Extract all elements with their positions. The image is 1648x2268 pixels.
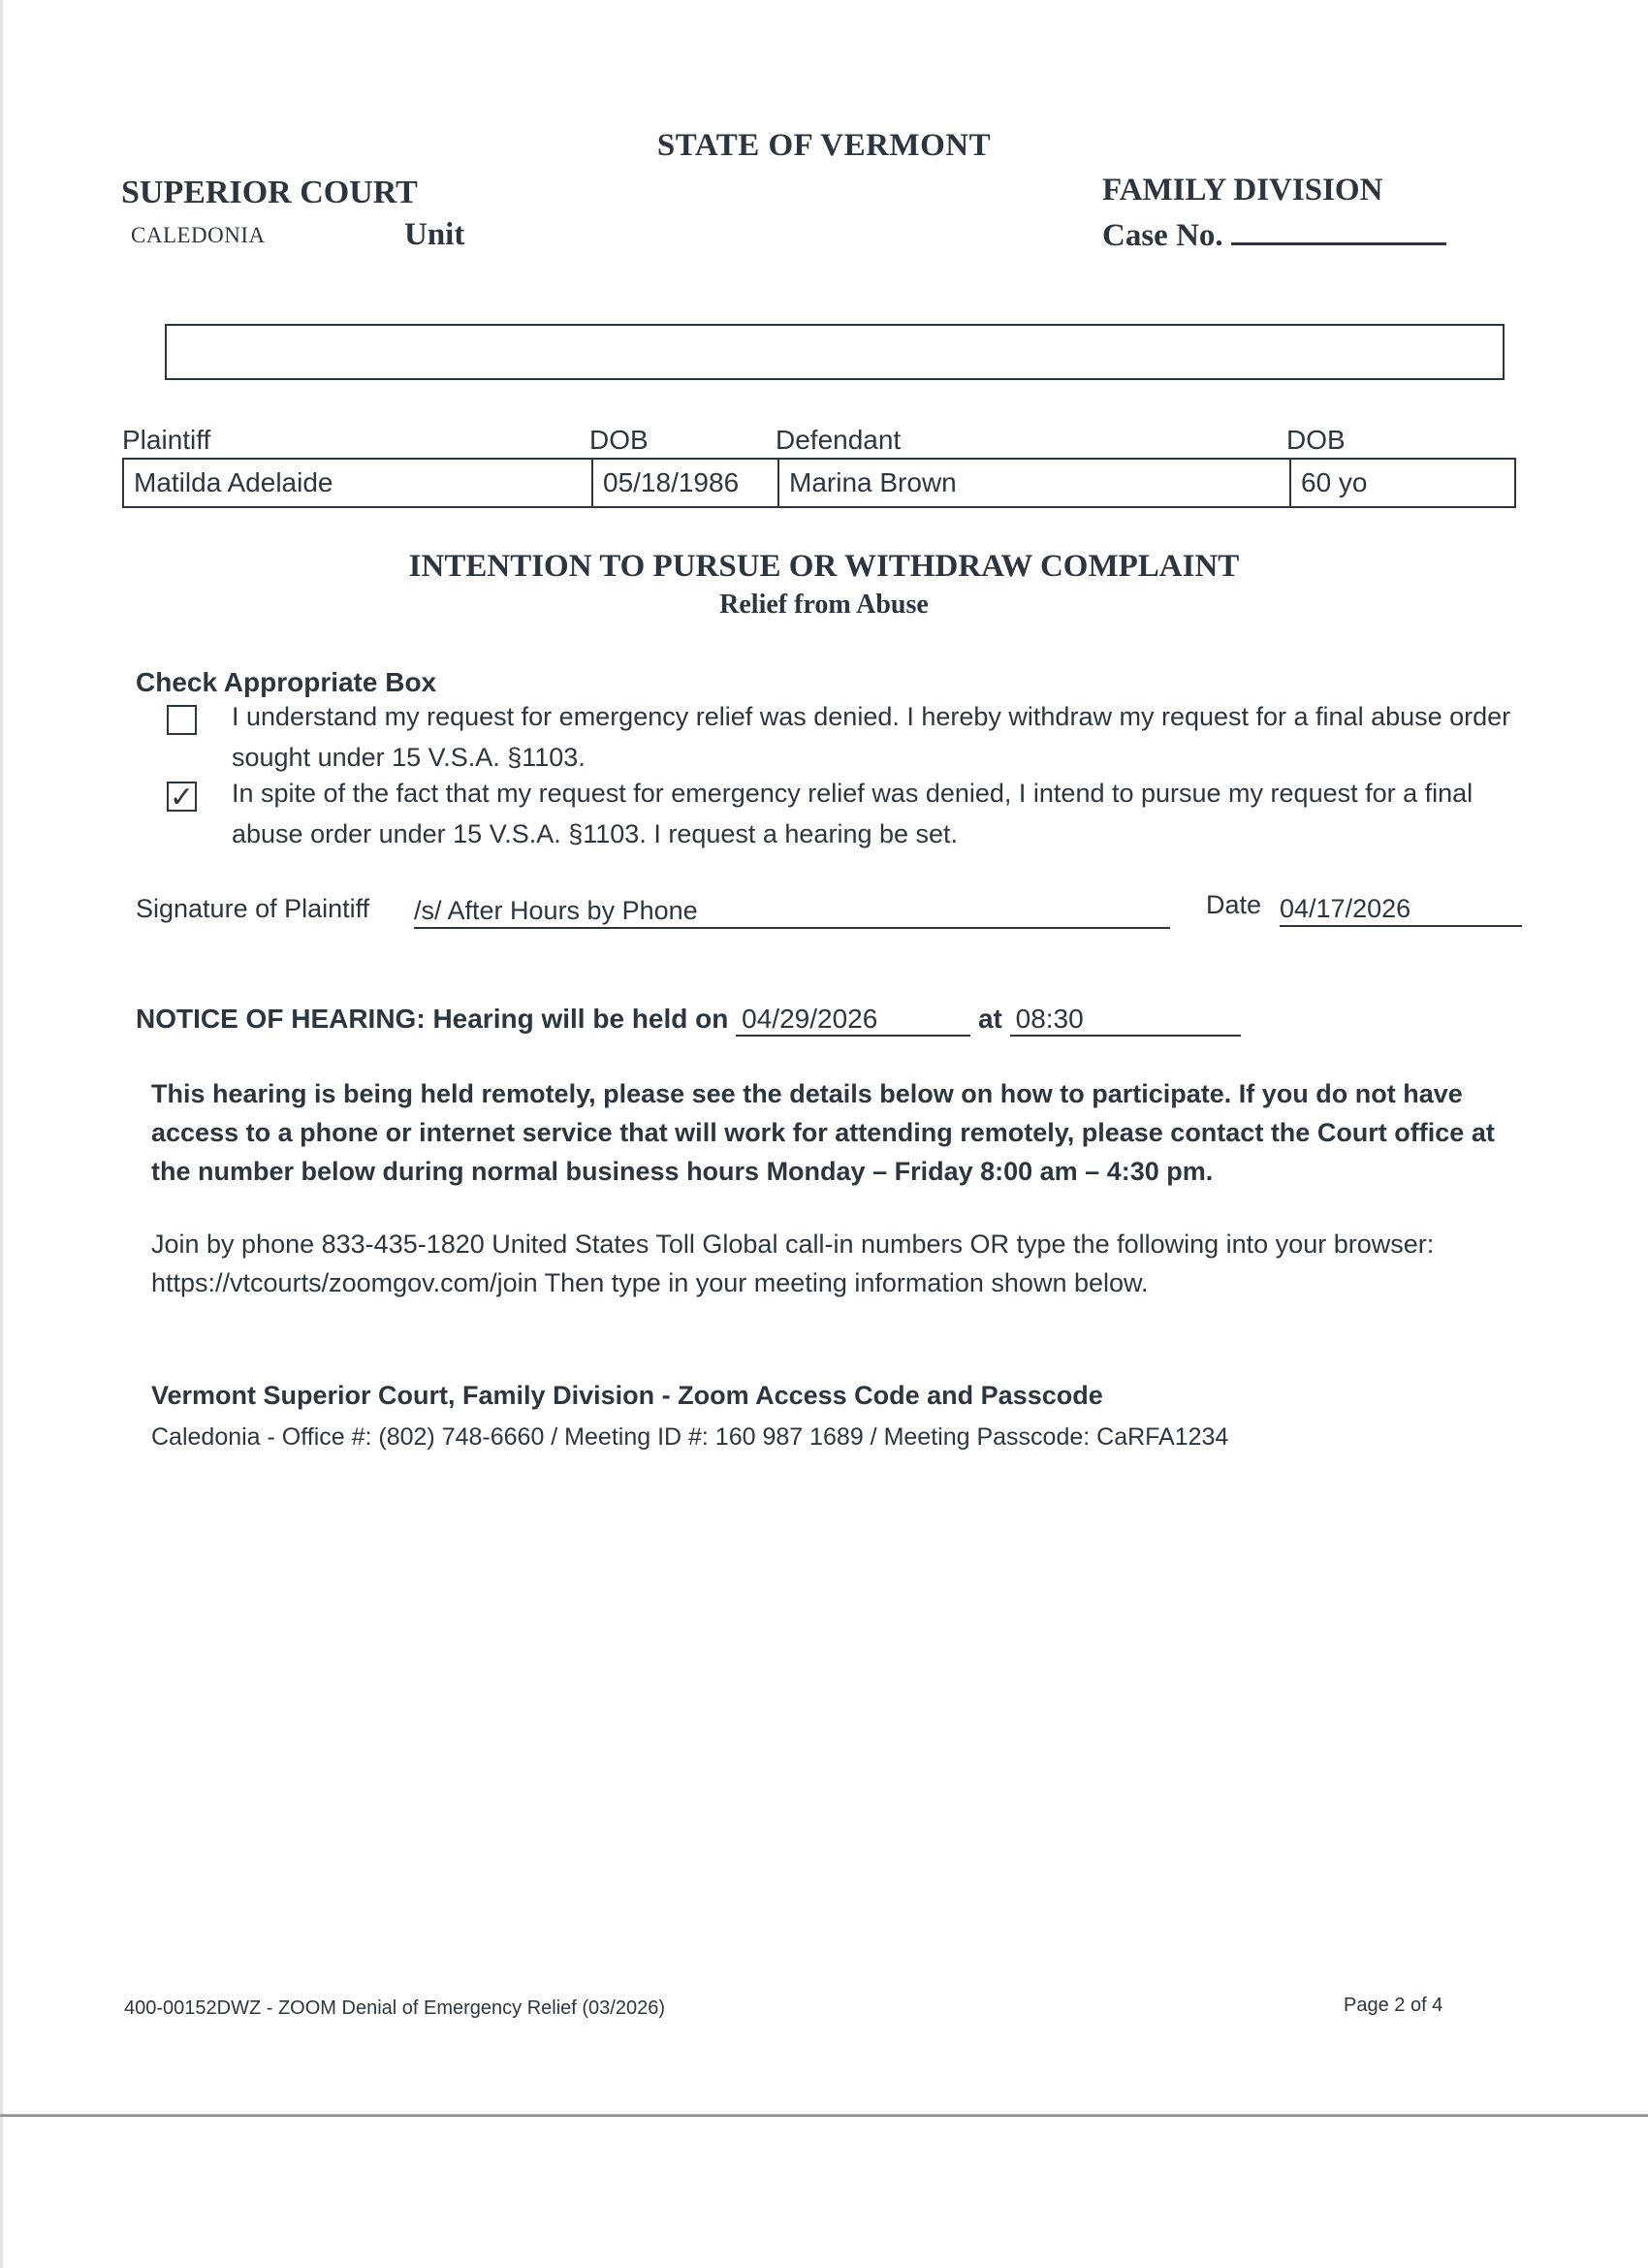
notice-label: NOTICE OF HEARING: Hearing will be held …: [136, 1004, 728, 1034]
signature-field[interactable]: /s/ After Hours by Phone: [414, 896, 1170, 929]
form-title: INTENTION TO PURSUE OR WITHDRAW COMPLAIN…: [0, 549, 1648, 585]
signature-date-field[interactable]: 04/17/2026: [1280, 894, 1522, 927]
scan-page-edge: [0, 2114, 1648, 2117]
parties-table: Matilda Adelaide 05/18/1986 Marina Brown…: [122, 458, 1516, 508]
plaintiff-dob-field[interactable]: 05/18/1986: [593, 460, 779, 506]
defendant-dob-label: DOB: [1286, 425, 1346, 456]
defendant-name-field[interactable]: Marina Brown: [779, 460, 1291, 506]
plaintiff-label: Plaintiff: [122, 425, 210, 456]
pursue-checkbox[interactable]: ✓: [167, 782, 197, 812]
check-box-heading: Check Appropriate Box: [136, 667, 436, 698]
form-identifier: 400-00152DWZ - ZOOM Denial of Emergency …: [124, 1997, 665, 2020]
hearing-at-label: at: [978, 1004, 1002, 1034]
form-subtitle: Relief from Abuse: [0, 590, 1648, 621]
scan-edge-left: [0, 0, 3, 2268]
pursue-option-text: In spite of the fact that my request for…: [232, 773, 1524, 854]
case-number: Case No.: [1102, 215, 1446, 254]
case-number-field[interactable]: [1231, 215, 1446, 245]
state-title: STATE OF VERMONT: [0, 128, 1648, 164]
withdraw-checkbox[interactable]: [167, 705, 197, 735]
defendant-dob-field[interactable]: 60 yo: [1291, 460, 1514, 506]
plaintiff-name-field[interactable]: Matilda Adelaide: [124, 460, 593, 506]
option-withdraw: I understand my request for emergency re…: [167, 696, 1524, 778]
division-title: FAMILY DIVISION: [1102, 173, 1382, 208]
court-title: SUPERIOR COURT: [121, 175, 418, 211]
defendant-label: Defendant: [776, 425, 901, 456]
join-instructions: Join by phone 833-435-1820 United States…: [151, 1225, 1508, 1302]
signature-label: Signature of Plaintiff: [136, 894, 369, 924]
page-number: Page 2 of 4: [1344, 1995, 1442, 2017]
withdraw-option-text: I understand my request for emergency re…: [232, 696, 1524, 778]
unit-name: CALEDONIA: [131, 223, 266, 248]
option-pursue: ✓ In spite of the fact that my request f…: [167, 773, 1524, 854]
zoom-access-details: Caledonia - Office #: (802) 748-6660 / M…: [151, 1423, 1228, 1452]
unit-label: Unit: [404, 217, 464, 253]
remote-hearing-notice: This hearing is being held remotely, ple…: [151, 1074, 1508, 1191]
zoom-access-heading: Vermont Superior Court, Family Division …: [151, 1381, 1103, 1411]
hearing-time-field[interactable]: 08:30: [1010, 1004, 1241, 1037]
notice-of-hearing: NOTICE OF HEARING: Hearing will be held …: [136, 1004, 1241, 1037]
signature-date-label: Date: [1206, 890, 1261, 920]
hearing-date-field[interactable]: 04/29/2026: [736, 1004, 970, 1037]
caption-box[interactable]: [165, 324, 1505, 380]
plaintiff-dob-label: DOB: [589, 425, 649, 456]
case-number-label: Case No.: [1102, 218, 1223, 253]
